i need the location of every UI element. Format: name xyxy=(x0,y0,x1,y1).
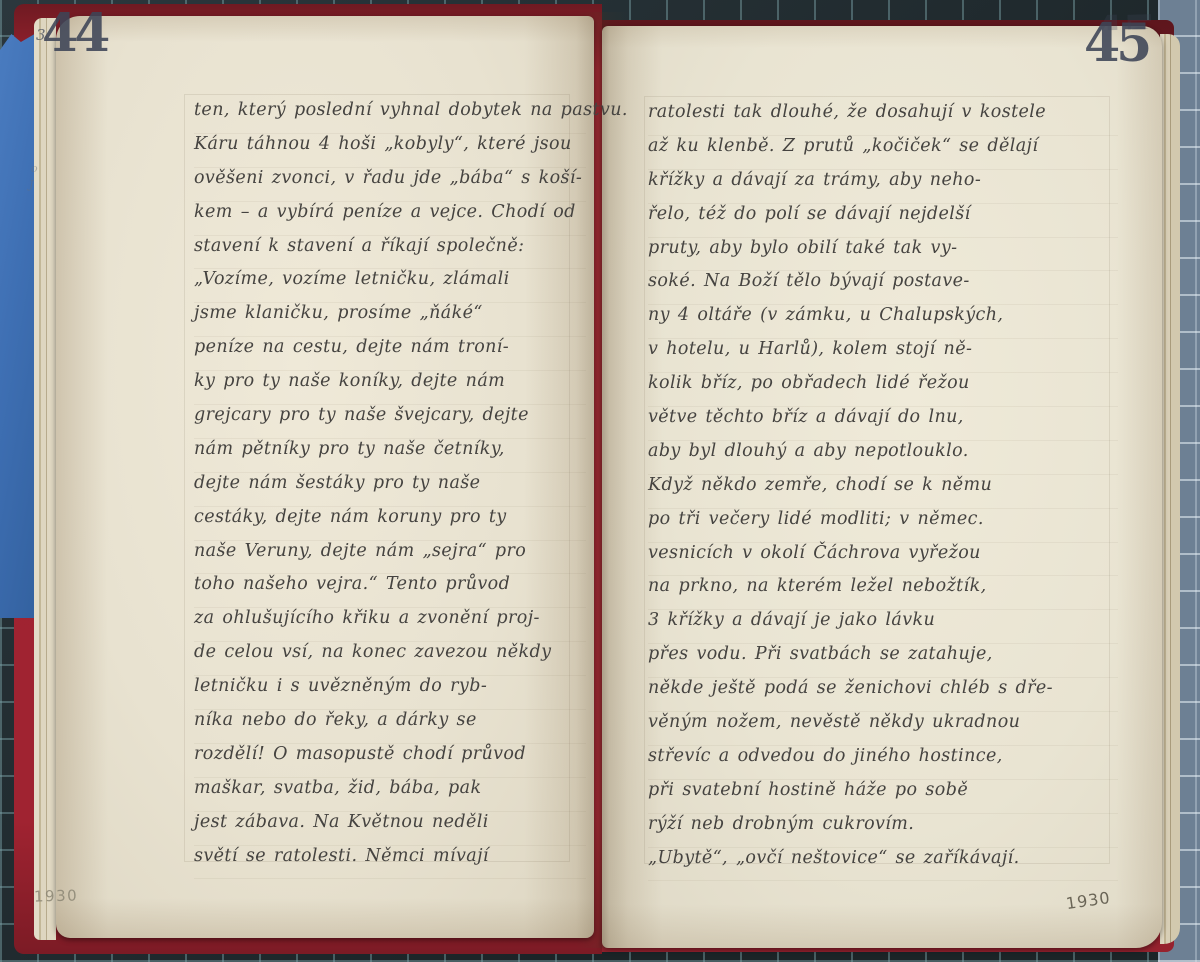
handwritten-line: kem – a vybírá peníze a vejce. Chodí od xyxy=(194,202,586,236)
handwritten-line: toho našeho vejra.“ Tento průvod xyxy=(194,574,586,608)
scanned-chronicle-photo: ten, který poslední vyhnal dobytek na pa… xyxy=(0,0,1200,962)
handwritten-line: někde ještě podá se ženichovi chléb s dř… xyxy=(648,678,1118,712)
handwritten-line: věným nožem, nevěstě někdy ukradnou xyxy=(648,712,1118,746)
handwritten-line: Když někdo zemře, chodí se k němu xyxy=(648,475,1118,509)
handwritten-line: Káru táhnou 4 hoši „kobyly“, které jsou xyxy=(194,134,586,168)
handwritten-line: křížky a dávají za trámy, aby neho- xyxy=(648,170,1118,204)
handwritten-line: maškar, svatba, žid, bába, pak xyxy=(194,778,586,812)
handwritten-line: při svatební hostině háže po sobě xyxy=(648,780,1118,814)
handwritten-line: nám pětníky pro ty naše četníky, xyxy=(194,439,586,473)
handwritten-line: de celou vsí, na konec zavezou někdy xyxy=(194,642,586,676)
handwritten-line: kolik bříz, po obřadech lidé řežou xyxy=(648,373,1118,407)
handwritten-line: soké. Na Boží tělo bývají postave- xyxy=(648,271,1118,305)
handwritten-line: až ku klenbě. Z prutů „kočiček“ se dělaj… xyxy=(648,136,1118,170)
page-number-left: 44 xyxy=(42,8,106,60)
handwritten-line: světí se ratolesti. Němci mívají xyxy=(194,846,586,880)
handwritten-line: cestáky, dejte nám koruny pro ty xyxy=(194,507,586,541)
handwritten-line: za ohlušujícího křiku a zvonění proj- xyxy=(194,608,586,642)
handwritten-line: rýží neb drobným cukrovím. xyxy=(648,814,1118,848)
page-edge-label: 3. xyxy=(36,26,50,44)
handwritten-line: stavení k stavení a říkají společně: xyxy=(194,236,586,270)
page-number-right: 45 xyxy=(1084,18,1148,70)
handwritten-text-right-page: ratolesti tak dlouhé, že dosahují v kost… xyxy=(648,102,1118,881)
handwritten-line: přes vodu. Při svatbách se zatahuje, xyxy=(648,644,1118,678)
handwritten-line: řelo, též do polí se dávají nejdelší xyxy=(648,204,1118,238)
handwritten-line: dejte nám šestáky pro ty naše xyxy=(194,473,586,507)
handwritten-line: „Vozíme, vozíme letničku, zlámali xyxy=(194,269,586,303)
handwritten-line: střevíc a odvedou do jiného hostince, xyxy=(648,746,1118,780)
handwritten-line: na prkno, na kterém ležel nebožtík, xyxy=(648,576,1118,610)
page-edge-mark: o xyxy=(31,162,38,175)
handwritten-line: v hotelu, u Harlů), kolem stojí ně- xyxy=(648,339,1118,373)
handwritten-line: vesnicích v okolí Čáchrova vyřežou xyxy=(648,543,1118,577)
handwritten-line: peníze na cestu, dejte nám troní- xyxy=(194,337,586,371)
year-stamp-left: 1930 xyxy=(34,888,79,904)
handwritten-line: ratolesti tak dlouhé, že dosahují v kost… xyxy=(648,102,1118,136)
handwritten-line: „Ubytě“, „ovčí neštovice“ se zaříkávají. xyxy=(648,848,1118,882)
handwritten-line: jsme klaničku, prosíme „ňáké“ xyxy=(194,303,586,337)
handwritten-line: grejcary pro ty naše švejcary, dejte xyxy=(194,405,586,439)
handwritten-line: níka nebo do řeky, a dárky se xyxy=(194,710,586,744)
handwritten-line: ten, který poslední vyhnal dobytek na pa… xyxy=(194,100,586,134)
handwritten-line: jest zábava. Na Květnou neděli xyxy=(194,812,586,846)
handwritten-line: po tři večery lidé modliti; v němec. xyxy=(648,509,1118,543)
page-stack-edge-right xyxy=(1160,34,1180,944)
handwritten-line: naše Veruny, dejte nám „sejra“ pro xyxy=(194,541,586,575)
handwritten-line: 3 křížky a dávají je jako lávku xyxy=(648,610,1118,644)
handwritten-line: aby byl dlouhý a aby nepotlouklo. xyxy=(648,441,1118,475)
handwritten-line: ověšeni zvonci, v řadu jde „bába“ s koší… xyxy=(194,168,586,202)
handwritten-line: ny 4 oltáře (v zámku, u Chalupských, xyxy=(648,305,1118,339)
handwritten-line: pruty, aby bylo obilí také tak vy- xyxy=(648,238,1118,272)
handwritten-text-left-page: ten, který poslední vyhnal dobytek na pa… xyxy=(194,100,586,879)
handwritten-line: ky pro ty naše koníky, dejte nám xyxy=(194,371,586,405)
handwritten-line: větve těchto bříz a dávají do lnu, xyxy=(648,407,1118,441)
handwritten-line: letničku i s uvězněným do ryb- xyxy=(194,676,586,710)
page-edge-mark: J xyxy=(29,178,33,191)
book-spine-cloth xyxy=(0,30,38,618)
page-stack-edge-left xyxy=(34,18,56,940)
handwritten-line: rozdělí! O masopustě chodí průvod xyxy=(194,744,586,778)
